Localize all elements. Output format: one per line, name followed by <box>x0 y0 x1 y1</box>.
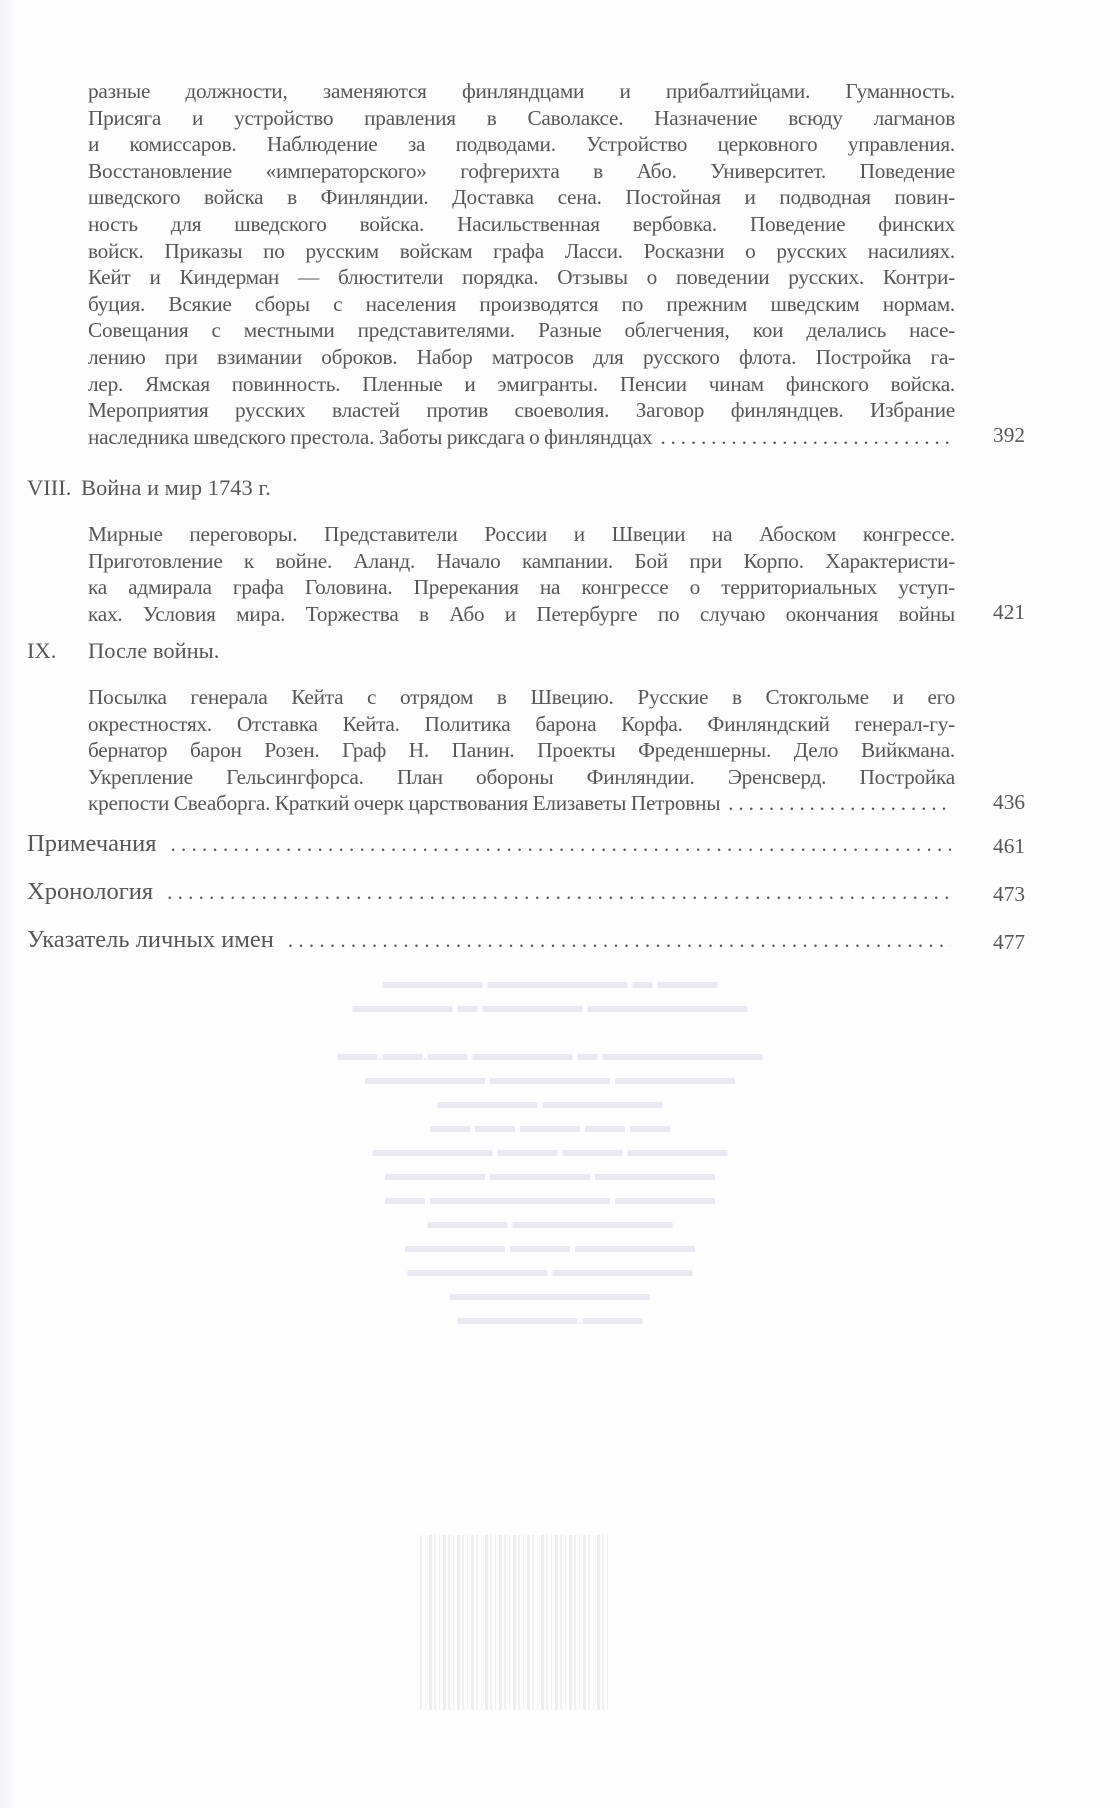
text-line: Мирные переговоры. Представители России … <box>88 521 955 548</box>
text-line: Кейт и Киндерман — блюстители порядка. О… <box>88 264 955 291</box>
bleed-through-barcode <box>420 1535 610 1710</box>
text-line: ка адмирала графа Головина. Пререкания н… <box>88 574 955 601</box>
text-line: Посылка генерала Кейта с отрядом в Швеци… <box>88 684 955 711</box>
page-number-name-index: 477 <box>965 930 1025 955</box>
text-line: шведского войска в Финляндии. Доставка с… <box>88 184 955 211</box>
text-line: войск. Приказы по русским войскам графа … <box>88 238 955 265</box>
page-edge-shadow <box>0 0 14 1808</box>
page-number-chapter-ix: 436 <box>965 790 1025 815</box>
text-line: Присяга и устройство правления в Саволак… <box>88 105 955 132</box>
dot-leader <box>728 790 949 817</box>
toc-entry-title: Указатель личных имен <box>27 925 274 955</box>
text-line: Укрепление Гельсингфорса. План обороны Ф… <box>88 764 955 791</box>
text-line: Совещания с местными представителями. Ра… <box>88 317 955 344</box>
text-line: разные должности, заменяются финляндцами… <box>88 78 955 105</box>
text-line-with-leader: наследника шведского престола. Заботы ри… <box>88 424 955 451</box>
toc-entry-title: Хронология <box>27 877 153 907</box>
text-line: буция. Всякие сборы с населения производ… <box>88 291 955 318</box>
text-line: крепости Свеаборга. Краткий очерк царств… <box>88 790 720 817</box>
chapter-viii-description: Мирные переговоры. Представители России … <box>88 521 955 627</box>
chapter-title: Война и мир 1743 г. <box>81 474 271 502</box>
text-line-with-leader: крепости Свеаборга. Краткий очерк царств… <box>88 790 955 817</box>
text-line: Мероприятия русских властей против своев… <box>88 397 955 424</box>
page-number-section-vii: 392 <box>965 423 1025 448</box>
toc-entry-notes[interactable]: Примечания <box>27 829 957 859</box>
text-line: и комиссаров. Наблюдение за подводами. У… <box>88 131 955 158</box>
text-line: лер. Ямская повинность. Пленные и эмигра… <box>88 371 955 398</box>
text-line: лению при взимании оброков. Набор матрос… <box>88 344 955 371</box>
dot-leader <box>660 424 949 451</box>
page-number-notes: 461 <box>965 834 1025 859</box>
toc-entry-name-index[interactable]: Указатель личных имен <box>27 925 957 955</box>
section-vii-description: разные должности, заменяются финляндцами… <box>88 78 955 450</box>
text-line: ность для шведского войска. Насильственн… <box>88 211 955 238</box>
text-line: Приготовление к войне. Аланд. Начало кам… <box>88 548 955 575</box>
chapter-numeral: IX. <box>27 637 88 665</box>
chapter-heading-ix: IX.После войны. <box>27 637 219 665</box>
chapter-heading-viii: VIII.Война и мир 1743 г. <box>27 474 271 502</box>
chapter-ix-description: Посылка генерала Кейта с отрядом в Швеци… <box>88 684 955 817</box>
chapter-numeral: VIII. <box>27 474 81 502</box>
page-number-chronology: 473 <box>965 882 1025 907</box>
text-line: Восстановление «императорского» гофгерих… <box>88 158 955 185</box>
dot-leader <box>288 925 951 955</box>
page-number-chapter-viii: 421 <box>965 600 1025 625</box>
text-line: наследника шведского престола. Заботы ри… <box>88 424 652 451</box>
text-line: ках. Условия мира. Торжества в Або и Пет… <box>88 601 955 628</box>
toc-entry-chronology[interactable]: Хронология <box>27 877 957 907</box>
dot-leader <box>171 829 951 859</box>
toc-entry-title: Примечания <box>27 829 157 859</box>
bleed-through-text: ▬▬▬ ▬ ▬▬▬▬▬▬▬ ▬▬▬▬▬▬▬▬▬▬▬▬▬ ▬▬▬▬▬ ▬ ▬▬▬▬… <box>300 970 800 1330</box>
chapter-title: После войны. <box>88 637 219 665</box>
text-line: бернатор барон Розен. Граф Н. Панин. Про… <box>88 737 955 764</box>
text-line: окрестностях. Отставка Кейта. Политика б… <box>88 711 955 738</box>
dot-leader <box>167 877 951 907</box>
